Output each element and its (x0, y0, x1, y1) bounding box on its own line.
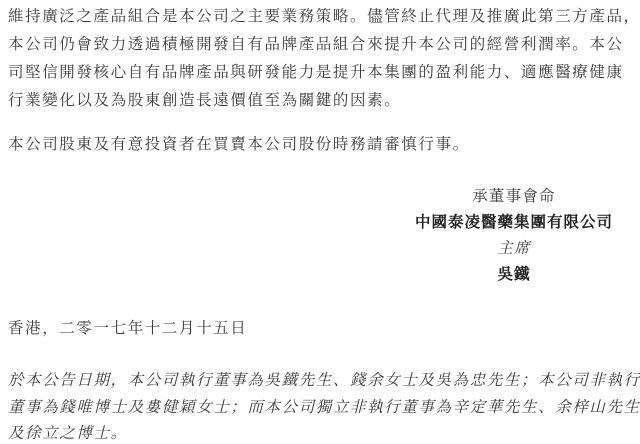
body-line-1: 維持廣泛之產品組合是本公司之主要業務策略。儘管終止代理及推廣此第三方產品， (8, 6, 640, 26)
directors-line-2: 董事為錢唯博士及婁健穎女士；而本公司獨立非執行董事為辛定華先生、余梓山先生 (8, 397, 640, 417)
body-line-4: 行業變化以及為股東創造長遠價值至為關鍵的因素。 (8, 90, 401, 110)
place-date: 香港，二零一七年十二月十五日 (8, 318, 247, 338)
body-line-3: 司堅信開發核心自有品牌產品與研發能力是提升本集團的盈利能力、適應醫療健康 (8, 62, 624, 82)
directors-line-1: 於本公告日期，本公司執行董事為吳鐵先生、錢余女士及吳為忠先生；本公司非執行 (8, 370, 640, 390)
signature-name: 吳鐵 (384, 264, 640, 284)
body-line-2: 本公司仍會致力透過積極開發自有品牌產品組合來提升本公司的經營利潤率。本公 (8, 34, 624, 54)
caution-statement: 本公司股東及有意投資者在買賣本公司股份時務請審慎行事。 (8, 134, 470, 154)
signature-company: 中國泰凌醫藥集團有限公司 (384, 212, 640, 232)
directors-line-3: 及徐立之博士。 (8, 423, 128, 443)
signature-title: 主席 (384, 238, 640, 258)
signature-by-order: 承董事會命 (384, 186, 640, 206)
